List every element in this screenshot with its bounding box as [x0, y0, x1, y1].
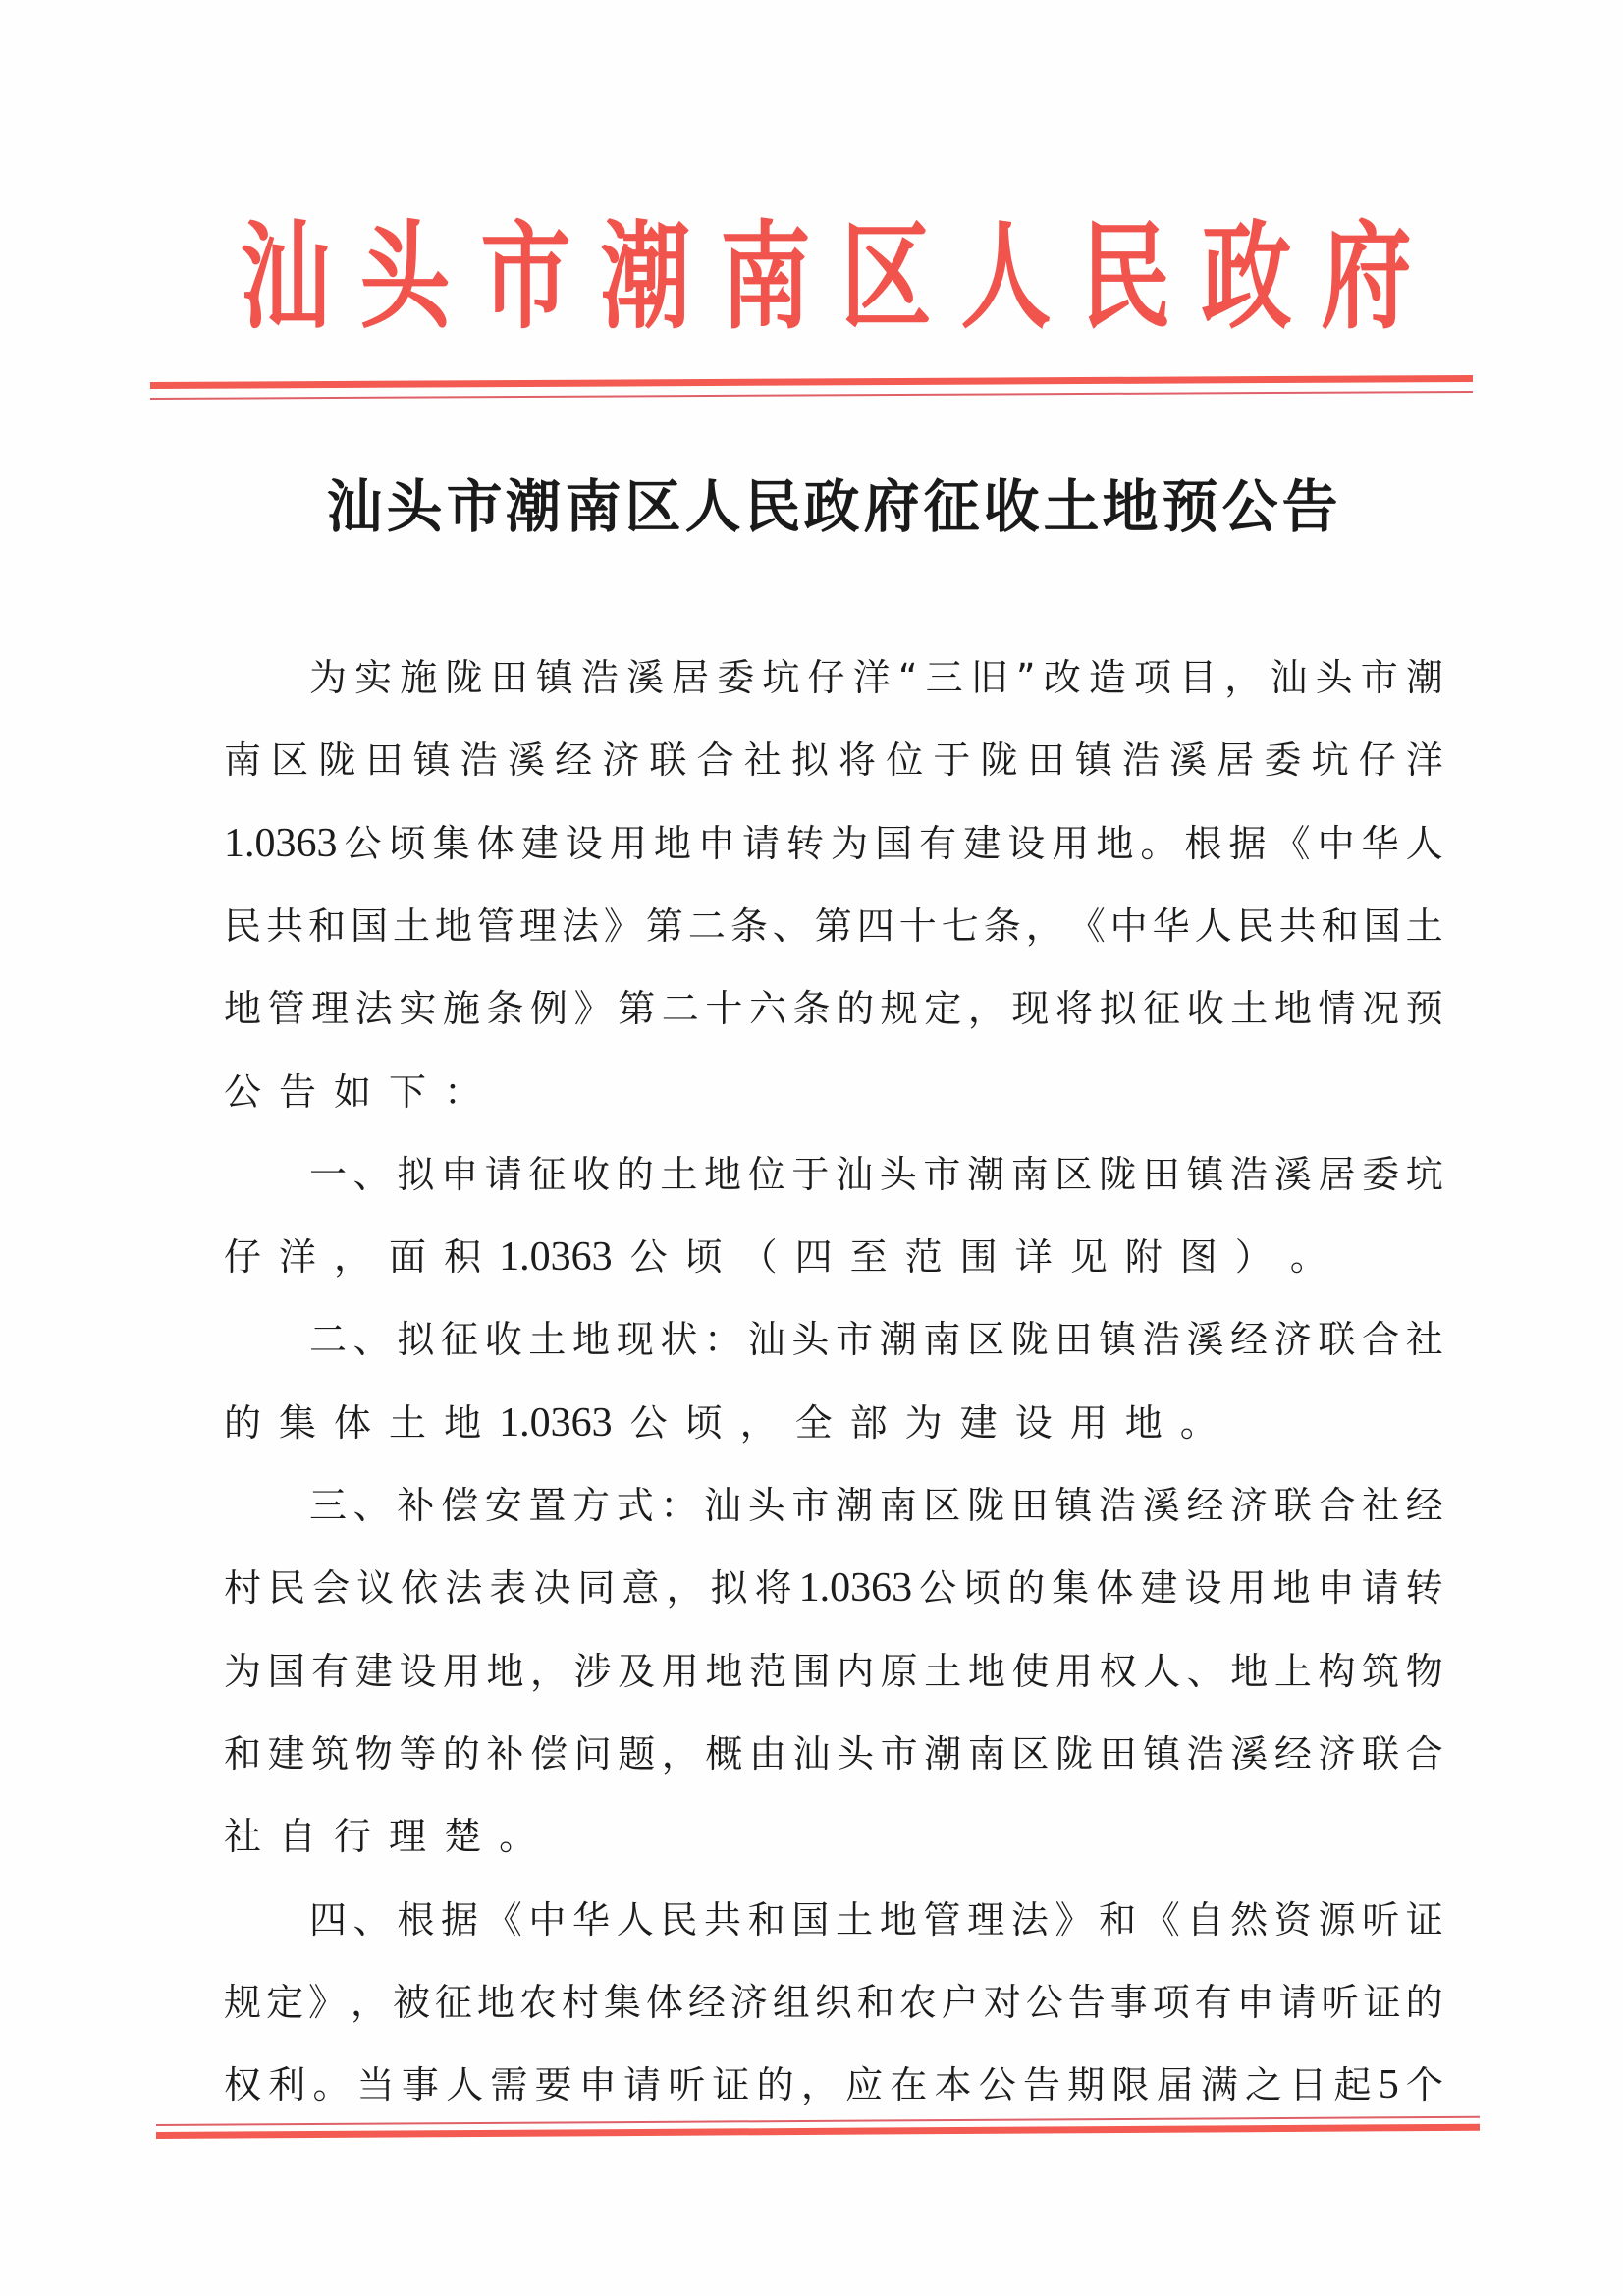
- text-glyph: 为: [831, 816, 868, 871]
- text-glyph: 然: [1230, 1892, 1268, 1947]
- text-glyph: 围: [960, 1230, 998, 1285]
- text-glyph: 《: [1273, 816, 1311, 871]
- text-glyph: 于: [791, 1147, 829, 1202]
- text-glyph: 听: [668, 2057, 705, 2112]
- text-glyph: 十: [705, 981, 742, 1036]
- text-glyph: 和: [748, 1892, 785, 1947]
- text-glyph: 当: [357, 2057, 395, 2112]
- text-glyph: 头: [791, 1312, 829, 1367]
- text-glyph: 浩: [1187, 1726, 1224, 1781]
- text-glyph: 自: [1186, 1892, 1223, 1947]
- text-glyph: 全: [795, 1395, 833, 1450]
- text-glyph: 请: [742, 816, 780, 871]
- text-glyph: 要: [535, 2057, 572, 2112]
- text-glyph: 被: [393, 1975, 430, 2030]
- text-glyph: 》: [308, 1975, 346, 2030]
- text-glyph: 和: [857, 1975, 894, 2030]
- text-glyph: ，: [334, 1230, 371, 1285]
- text-glyph: 之: [1245, 2057, 1282, 2112]
- text-glyph: 条: [793, 981, 831, 1036]
- text-glyph: 、: [353, 1147, 391, 1202]
- text-glyph: 镇: [1099, 1312, 1136, 1367]
- text-glyph: 积: [444, 1230, 481, 1285]
- text-glyph: 组: [773, 1975, 810, 2030]
- text-glyph: 土: [924, 1644, 961, 1699]
- text-glyph: ，: [740, 1395, 778, 1450]
- paragraph-line-intro: 为实施陇田镇浩溪居委坑仔洋“三旧”改造项目，汕头市潮: [309, 650, 1443, 705]
- title-glyph: 告: [1281, 473, 1337, 540]
- text-glyph: 公: [1026, 1975, 1063, 2030]
- text-glyph: 安: [485, 1478, 522, 1533]
- text-glyph: ：: [444, 1065, 481, 1120]
- text-glyph: 六: [749, 981, 786, 1036]
- text-glyph: 在: [890, 2057, 927, 2112]
- text-glyph: 概: [705, 1726, 742, 1781]
- text-glyph: 期: [1067, 2057, 1105, 2112]
- text-glyph: 体: [477, 816, 514, 871]
- text-glyph: 的: [757, 2057, 794, 2112]
- text-glyph: 况: [1362, 981, 1399, 1036]
- text-glyph: 华: [572, 1892, 610, 1947]
- text-glyph: 等: [399, 1726, 436, 1781]
- paragraph-line-item-3: 为国有建设用地，涉及用地范围内原土地使用权人、地上构筑物: [224, 1644, 1443, 1699]
- text-glyph: 汕: [704, 1478, 741, 1533]
- text-glyph: 镇: [536, 650, 573, 705]
- text-glyph: 征: [435, 1975, 472, 2030]
- text-glyph: 市: [881, 1726, 918, 1781]
- text-glyph: 公: [630, 1230, 668, 1285]
- title-glyph: 潮: [506, 473, 562, 540]
- text-glyph: 洋: [279, 1230, 316, 1285]
- text-glyph: 法: [445, 1560, 482, 1615]
- text-glyph: 顷: [389, 816, 426, 871]
- title-glyph: 市: [446, 473, 502, 540]
- text-glyph: 法: [355, 981, 393, 1036]
- document-title: 汕头市潮南区人民政府征收土地预公告: [326, 473, 1338, 540]
- text-glyph: 国: [268, 1644, 305, 1699]
- text-glyph: 用: [1055, 1644, 1093, 1699]
- text-glyph: 共: [704, 1892, 741, 1947]
- text-glyph: 决: [533, 1560, 570, 1615]
- text-glyph: 济: [1274, 1312, 1312, 1367]
- text-glyph: ：: [660, 1478, 697, 1533]
- text-glyph: 坑: [762, 650, 799, 705]
- paragraph-line-item-3: 社自行理楚。: [224, 1809, 1443, 1864]
- text-glyph: 土: [528, 1312, 566, 1367]
- text-glyph: 土: [1406, 899, 1443, 954]
- text-glyph: 据: [441, 1892, 478, 1947]
- paragraph-line-intro: 民共和国土地管理法》第二条、第四十七条，《中华人民共和国土: [224, 899, 1443, 954]
- text-glyph: 陇: [445, 650, 482, 705]
- text-glyph: 农: [519, 1975, 557, 2030]
- text-glyph: 潮: [1406, 650, 1443, 705]
- text-glyph: 和: [1099, 1892, 1136, 1947]
- text-glyph: 见: [1070, 1230, 1108, 1285]
- text-glyph: 拟: [711, 1560, 748, 1615]
- issuer-glyph: 市: [480, 208, 546, 346]
- paragraph-line-intro: 地管理法实施条例》第二十六条的规定，现将拟征收土地情况预: [224, 981, 1443, 1036]
- text-glyph: 公: [979, 2057, 1016, 2112]
- text-glyph: 汕: [1270, 650, 1307, 705]
- text-glyph: ”: [1016, 650, 1036, 705]
- text-glyph: 用: [443, 1644, 480, 1699]
- text-glyph: 田: [491, 650, 528, 705]
- text-glyph: 建: [960, 1395, 998, 1450]
- text-glyph: 转: [786, 816, 824, 871]
- text-glyph: 市: [836, 1312, 873, 1367]
- text-glyph: 中: [1110, 899, 1148, 954]
- text-glyph: 规: [224, 1975, 261, 2030]
- text-glyph: 物: [1406, 1644, 1443, 1699]
- text-glyph: 由: [749, 1726, 786, 1781]
- text-glyph: 内: [837, 1644, 874, 1699]
- text-glyph: 将: [755, 1560, 792, 1615]
- text-glyph: 村: [224, 1560, 261, 1615]
- text-glyph: 及: [618, 1644, 655, 1699]
- text-glyph: 民: [224, 899, 261, 954]
- text-glyph: 陇: [1011, 1312, 1049, 1367]
- text-glyph: 溪: [1230, 1726, 1268, 1781]
- text-glyph: 顷: [685, 1395, 723, 1450]
- text-glyph: 根: [397, 1892, 434, 1947]
- text-glyph: ，: [801, 2057, 839, 2112]
- text-glyph: 坑: [1312, 733, 1349, 788]
- text-glyph: 第: [618, 981, 655, 1036]
- text-glyph: ，: [351, 1975, 388, 2030]
- text-glyph: 请: [1279, 1975, 1317, 2030]
- numeric-value: 1.0363: [799, 1560, 913, 1615]
- text-glyph: 田: [1100, 1726, 1137, 1781]
- text-glyph: 市: [923, 1147, 960, 1202]
- text-glyph: 实: [399, 981, 436, 1036]
- text-glyph: 图: [1180, 1230, 1217, 1285]
- masthead-rule-thick: [150, 375, 1473, 389]
- issuer-masthead: 汕头市潮南区人民政府: [231, 208, 1396, 346]
- text-glyph: 位: [748, 1147, 785, 1202]
- text-glyph: 理: [389, 1809, 426, 1864]
- text-glyph: 公: [919, 1560, 956, 1615]
- text-glyph: 。: [1140, 816, 1177, 871]
- text-glyph: 汕: [836, 1147, 873, 1202]
- text-glyph: 对: [984, 1975, 1021, 2030]
- text-glyph: 法: [1011, 1892, 1049, 1947]
- text-glyph: 镇: [1143, 1726, 1180, 1781]
- text-glyph: 转: [1406, 1560, 1443, 1615]
- text-glyph: 个: [1406, 2057, 1443, 2112]
- text-glyph: 联: [649, 733, 686, 788]
- text-glyph: 委: [717, 650, 754, 705]
- text-glyph: 地: [224, 981, 261, 1036]
- text-glyph: 造: [1089, 650, 1126, 705]
- text-glyph: 权: [1100, 1644, 1137, 1699]
- text-glyph: 范: [749, 1644, 786, 1699]
- text-glyph: 拟: [397, 1312, 434, 1367]
- paragraph-line-intro: 公告如下：: [224, 1065, 1443, 1120]
- text-glyph: 中: [1318, 816, 1355, 871]
- text-glyph: 将: [1055, 981, 1093, 1036]
- text-glyph: 十: [899, 899, 937, 954]
- text-glyph: 旧: [971, 650, 1008, 705]
- text-glyph: 为: [309, 650, 347, 705]
- text-glyph: 证: [1406, 1892, 1443, 1947]
- title-glyph: 征: [924, 473, 980, 540]
- text-glyph: 田: [1143, 1147, 1180, 1202]
- text-glyph: 将: [839, 733, 876, 788]
- text-glyph: 南: [923, 1312, 960, 1367]
- text-glyph: 拟: [1100, 981, 1137, 1036]
- text-glyph: 国: [351, 899, 388, 954]
- text-glyph: 地: [486, 1644, 523, 1699]
- text-glyph: 南: [224, 733, 261, 788]
- text-glyph: 溪: [1186, 1312, 1223, 1367]
- text-glyph: ，: [666, 1560, 703, 1615]
- text-glyph: 建: [268, 1726, 305, 1781]
- text-glyph: 例: [530, 981, 568, 1036]
- text-glyph: 居: [1217, 733, 1254, 788]
- numeric-value: 5: [1379, 2057, 1399, 2112]
- text-glyph: 定: [924, 981, 961, 1036]
- text-glyph: 限: [1111, 2057, 1149, 2112]
- issuer-glyph: 区: [840, 208, 906, 346]
- paragraph-line-item-3: 村民会议依法表决同意，拟将1.0363公顷的集体建设用地申请转: [224, 1560, 1443, 1615]
- text-glyph: 田: [365, 733, 403, 788]
- text-glyph: 溪: [1274, 1147, 1312, 1202]
- text-glyph: 人: [617, 1892, 654, 1947]
- text-glyph: 委: [1362, 1147, 1399, 1202]
- text-glyph: 。: [1180, 1395, 1217, 1450]
- text-glyph: 土: [393, 899, 430, 954]
- text-glyph: 共: [1279, 899, 1317, 954]
- text-glyph: 溪: [1169, 733, 1207, 788]
- text-glyph: 设: [1184, 1560, 1221, 1615]
- text-glyph: 集: [433, 816, 470, 871]
- text-glyph: 题: [618, 1726, 655, 1781]
- text-glyph: 设: [566, 816, 603, 871]
- text-glyph: 济: [730, 1975, 768, 2030]
- text-glyph: 证: [712, 2057, 749, 2112]
- text-glyph: 建: [1140, 1560, 1177, 1615]
- text-glyph: “: [898, 650, 918, 705]
- text-glyph: 利: [268, 2057, 305, 2112]
- text-glyph: 附: [1125, 1230, 1163, 1285]
- text-glyph: 部: [850, 1395, 888, 1450]
- text-glyph: 楚: [444, 1809, 481, 1864]
- text-glyph: 人: [446, 2057, 483, 2112]
- text-glyph: 人: [1143, 1644, 1180, 1699]
- text-glyph: 管: [477, 899, 514, 954]
- text-glyph: 民: [660, 1892, 697, 1947]
- text-glyph: 田: [1028, 733, 1065, 788]
- text-glyph: 南: [880, 1478, 917, 1533]
- paragraph-line-item-2: 的集体土地1.0363公顷，全部为建设用地。: [224, 1395, 1443, 1450]
- text-glyph: 经: [1230, 1312, 1268, 1367]
- text-glyph: （: [740, 1230, 778, 1285]
- text-glyph: 镇: [413, 733, 451, 788]
- footer-rule-thick: [156, 2124, 1480, 2139]
- text-glyph: 改: [1044, 650, 1081, 705]
- text-glyph: 的: [1007, 1560, 1045, 1615]
- text-glyph: 理: [967, 1892, 1004, 1947]
- text-glyph: 申: [441, 1147, 478, 1202]
- text-glyph: 《: [1068, 899, 1106, 954]
- text-glyph: 社: [224, 1809, 261, 1864]
- text-glyph: 潮: [924, 1726, 961, 1781]
- text-glyph: 管: [268, 981, 305, 1036]
- paragraph-line-item-4: 四、根据《中华人民共和国土地管理法》和《自然资源听证: [309, 1892, 1443, 1947]
- title-glyph: 政: [804, 473, 860, 540]
- text-glyph: 至: [850, 1230, 888, 1285]
- text-glyph: 溪: [626, 650, 664, 705]
- text-glyph: 告: [279, 1065, 316, 1120]
- text-glyph: 体: [1096, 1560, 1133, 1615]
- paragraph-line-item-3: 和建筑物等的补偿问题，概由汕头市潮南区陇田镇浩溪经济联合: [224, 1726, 1443, 1781]
- text-glyph: 根: [1184, 816, 1221, 871]
- text-glyph: 施: [443, 981, 480, 1036]
- text-glyph: 。: [1290, 1230, 1327, 1285]
- paragraph-line-intro: 南区陇田镇浩溪经济联合社拟将位于陇田镇浩溪居委坑仔洋: [224, 733, 1443, 788]
- text-glyph: 土: [1230, 981, 1268, 1036]
- text-glyph: 范: [905, 1230, 943, 1285]
- text-glyph: 华: [1153, 899, 1190, 954]
- text-glyph: 意: [622, 1560, 659, 1615]
- text-glyph: 合: [1362, 1312, 1399, 1367]
- text-glyph: 头: [748, 1478, 785, 1533]
- text-glyph: 地: [1125, 1395, 1163, 1450]
- text-glyph: 公: [224, 1065, 261, 1120]
- text-glyph: 申: [1237, 1975, 1274, 2030]
- text-glyph: ）: [1235, 1230, 1272, 1285]
- text-glyph: 南: [968, 1726, 1005, 1781]
- text-glyph: 条: [984, 899, 1021, 954]
- text-glyph: 面: [389, 1230, 426, 1285]
- text-glyph: 申: [698, 816, 735, 871]
- text-glyph: 地: [654, 816, 691, 871]
- text-glyph: 地: [1096, 816, 1133, 871]
- text-glyph: 国: [791, 1892, 829, 1947]
- text-glyph: 申: [1318, 1560, 1355, 1615]
- text-glyph: 居: [672, 650, 709, 705]
- text-glyph: 田: [1055, 1312, 1092, 1367]
- text-glyph: 施: [400, 650, 437, 705]
- text-glyph: 经: [1186, 1478, 1223, 1533]
- issuer-glyph: 人: [960, 208, 1026, 346]
- text-glyph: 有: [1195, 1975, 1232, 2030]
- text-glyph: 收: [485, 1312, 522, 1367]
- text-glyph: 补: [486, 1726, 523, 1781]
- paragraph-line-item-2: 二、拟征收土地现状：汕头市潮南区陇田镇浩溪经济联合社: [309, 1312, 1443, 1367]
- text-glyph: 日: [1289, 2057, 1326, 2112]
- text-glyph: 织: [815, 1975, 852, 2030]
- text-glyph: 实: [354, 650, 392, 705]
- text-glyph: 顷: [685, 1230, 723, 1285]
- text-glyph: 体: [646, 1975, 683, 2030]
- text-glyph: 公: [345, 816, 382, 871]
- text-glyph: 浩: [581, 650, 619, 705]
- text-glyph: 区: [967, 1312, 1004, 1367]
- numeric-value: 1.0363: [224, 816, 338, 871]
- text-glyph: 经: [688, 1975, 726, 2030]
- text-glyph: 合: [1318, 1478, 1355, 1533]
- text-glyph: 筑: [311, 1726, 349, 1781]
- text-glyph: 共: [266, 899, 303, 954]
- text-glyph: 详: [1015, 1230, 1053, 1285]
- text-glyph: 据: [1228, 816, 1266, 871]
- text-glyph: 体: [334, 1395, 371, 1450]
- text-glyph: 定: [266, 1975, 303, 2030]
- text-glyph: 汕: [793, 1726, 831, 1781]
- text-glyph: 的: [443, 1726, 480, 1781]
- text-glyph: 行: [334, 1809, 371, 1864]
- text-glyph: 用: [1070, 1395, 1108, 1450]
- text-glyph: 、: [353, 1312, 391, 1367]
- text-glyph: 市: [1361, 650, 1398, 705]
- text-glyph: 收: [1187, 981, 1224, 1036]
- text-glyph: 涉: [574, 1644, 612, 1699]
- text-glyph: 告: [1068, 1975, 1106, 2030]
- text-glyph: 拟: [397, 1147, 434, 1202]
- text-glyph: 为: [224, 1644, 261, 1699]
- text-glyph: ，: [1224, 650, 1262, 705]
- text-glyph: 的: [617, 1147, 654, 1202]
- text-glyph: 潮: [967, 1147, 1004, 1202]
- text-glyph: 届: [1157, 2057, 1194, 2112]
- text-glyph: 国: [1364, 899, 1401, 954]
- text-glyph: 建: [963, 816, 1001, 871]
- text-glyph: 、: [773, 899, 810, 954]
- text-glyph: 管: [923, 1892, 960, 1947]
- text-glyph: 一: [309, 1147, 347, 1202]
- text-glyph: ：: [704, 1312, 741, 1367]
- text-glyph: 请: [1362, 1560, 1399, 1615]
- text-glyph: ，: [530, 1644, 568, 1699]
- text-glyph: 式: [617, 1478, 654, 1533]
- text-glyph: 和: [224, 1726, 261, 1781]
- text-glyph: 理: [311, 981, 349, 1036]
- paragraph-line-item-1: 仔洋，面积1.0363公顷（四至范围详见附图）。: [224, 1230, 1443, 1285]
- text-glyph: 经: [1406, 1478, 1443, 1533]
- text-glyph: 请: [485, 1147, 522, 1202]
- text-glyph: 集: [1052, 1560, 1089, 1615]
- text-glyph: 经: [555, 733, 592, 788]
- text-glyph: 项: [1153, 1975, 1190, 2030]
- text-glyph: 项: [1134, 650, 1171, 705]
- text-glyph: 南: [1011, 1147, 1049, 1202]
- text-glyph: 依: [401, 1560, 438, 1615]
- text-glyph: 如: [334, 1065, 371, 1120]
- issuer-glyph: 汕: [240, 208, 305, 346]
- text-glyph: 和: [1322, 899, 1359, 954]
- text-glyph: 应: [845, 2057, 883, 2112]
- issuer-glyph: 府: [1321, 208, 1386, 346]
- text-glyph: 陇: [967, 1478, 1004, 1533]
- text-glyph: 浩: [1122, 733, 1160, 788]
- text-glyph: 四: [309, 1892, 347, 1947]
- text-glyph: 《: [485, 1892, 522, 1947]
- text-glyph: 地: [1273, 1560, 1311, 1615]
- issuer-glyph: 南: [721, 208, 786, 346]
- text-glyph: 人: [1406, 816, 1443, 871]
- text-glyph: 区: [923, 1478, 960, 1533]
- text-glyph: 权: [224, 2057, 261, 2112]
- text-glyph: 表: [489, 1560, 526, 1615]
- text-glyph: 联: [1362, 1726, 1399, 1781]
- title-glyph: 南: [566, 473, 622, 540]
- text-glyph: 社: [1362, 1478, 1399, 1533]
- text-glyph: 现: [1011, 981, 1049, 1036]
- text-glyph: 位: [886, 733, 923, 788]
- text-glyph: ，: [662, 1726, 699, 1781]
- text-glyph: 地: [880, 1892, 917, 1947]
